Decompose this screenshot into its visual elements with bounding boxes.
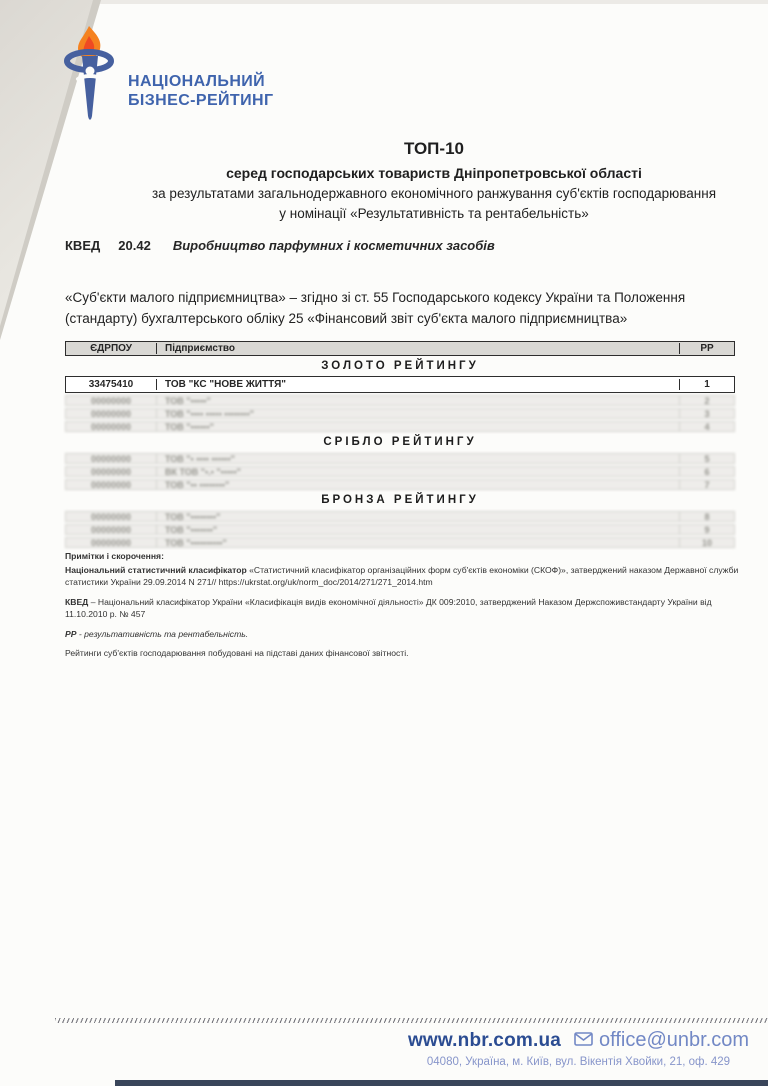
rr-cell: 10 [680, 538, 734, 548]
email-link[interactable]: office@unbr.com [574, 1029, 749, 1052]
company-cell: ТОВ "▪▪▪▪▪" [156, 396, 680, 406]
edrpou-cell: 33475410 [66, 379, 156, 390]
company-cell: ТОВ "▪▪▪▪▪▪▪▪▪▪" [156, 538, 680, 548]
table-row-gold-1: 33475410 ТОВ "КС "НОВЕ ЖИТТЯ" 1 [65, 376, 735, 393]
company-cell: ТОВ "▪ ▪▪▪▪ ▪▪▪▪▪▪" [156, 454, 680, 464]
table-row-redacted: 00000000 ТОВ "▪▪▪▪▪" 2 [65, 395, 735, 406]
header-company: Підприємство [156, 343, 680, 354]
torch-icon [58, 24, 120, 124]
edrpou-cell: 00000000 [66, 525, 156, 535]
scan-top-edge [0, 0, 768, 4]
rr-cell: 4 [680, 422, 734, 432]
table-header-row: ЄДРПОУ Підприємство РР [65, 341, 735, 356]
title-nomination: у номінації «Результативність та рентабе… [100, 206, 768, 221]
title-region: серед господарських товариств Дніпропетр… [100, 165, 768, 181]
logo-line2: БІЗНЕС-РЕЙТИНГ [128, 91, 273, 110]
kved-code: 20.42 [118, 238, 151, 253]
edrpou-cell: 00000000 [66, 422, 156, 432]
note-kved-lead: КВЕД [65, 597, 88, 607]
note-rr-text: - результативність та рентабельність. [76, 629, 248, 639]
footer-line1: www.nbr.com.ua office@unbr.com [395, 1029, 762, 1052]
rr-cell: 5 [680, 454, 734, 464]
company-cell: ТОВ "▪▪ ▪▪▪▪▪▪▪▪" [156, 480, 680, 490]
company-cell: ТОВ "КС "НОВЕ ЖИТТЯ" [156, 379, 680, 390]
kved-activity: Виробництво парфумних і косметичних засо… [173, 238, 495, 253]
scanned-document-page: НАЦІОНАЛЬНИЙ БІЗНЕС-РЕЙТИНГ ТОП-10 серед… [0, 0, 768, 1086]
section-heading-bronze: БРОНЗА РЕЙТИНГУ [65, 490, 735, 509]
table-row-redacted: 00000000 ТОВ "▪▪▪▪▪▪▪" 9 [65, 524, 735, 535]
logo-line1: НАЦІОНАЛЬНИЙ [128, 72, 273, 91]
table-row-redacted: 00000000 ТОВ "▪▪▪▪ ▪▪▪▪▪ ▪▪▪▪▪▪▪▪" 3 [65, 408, 735, 419]
company-cell: ТОВ "▪▪▪▪ ▪▪▪▪▪ ▪▪▪▪▪▪▪▪" [156, 409, 680, 419]
note-skof: Національний статистичний класифікатор «… [65, 564, 741, 589]
section-heading-silver: СРІБЛО РЕЙТИНГУ [65, 432, 735, 451]
website-link[interactable]: www.nbr.com.ua [408, 1030, 561, 1052]
table-row-redacted: 00000000 ТОВ "▪▪▪▪▪▪▪▪▪▪" 10 [65, 537, 735, 548]
footer-contacts: www.nbr.com.ua office@unbr.com 04080, Ук… [395, 1029, 762, 1068]
note-kved-text: – Національний класифікатор України «Кла… [65, 597, 712, 620]
scan-bottom-edge [115, 1080, 768, 1086]
title-ranking: за результатами загальнодержавного еконо… [100, 186, 768, 201]
header-rr: РР [680, 343, 734, 354]
table-row-redacted: 00000000 ТОВ "▪▪▪▪▪▪" 4 [65, 421, 735, 432]
header-edrpou: ЄДРПОУ [66, 343, 156, 354]
document-title-block: ТОП-10 серед господарських товариств Дні… [100, 139, 768, 226]
rr-cell: 7 [680, 480, 734, 490]
note-rr: РР - результативність та рентабельність. [65, 628, 741, 641]
rr-cell: 3 [680, 409, 734, 419]
edrpou-cell: 00000000 [66, 538, 156, 548]
nbr-logo: НАЦІОНАЛЬНИЙ БІЗНЕС-РЕЙТИНГ [58, 24, 273, 124]
table-row-redacted: 00000000 ТОВ "▪▪ ▪▪▪▪▪▪▪▪" 7 [65, 479, 735, 490]
company-cell: ТОВ "▪▪▪▪▪▪▪▪" [156, 512, 680, 522]
kved-label: КВЕД [65, 238, 100, 253]
kved-line: КВЕД20.42Виробництво парфумних і космети… [65, 238, 495, 253]
envelope-icon [574, 1029, 593, 1052]
note-kved: КВЕД – Національний класифікатор України… [65, 596, 741, 621]
company-cell: ТОВ "▪▪▪▪▪▪" [156, 422, 680, 432]
edrpou-cell: 00000000 [66, 396, 156, 406]
notes-heading: Примітки і скорочення: [65, 550, 741, 563]
footer-hatch-divider [55, 1018, 768, 1023]
edrpou-cell: 00000000 [66, 409, 156, 419]
edrpou-cell: 00000000 [66, 512, 156, 522]
intro-paragraph: «Суб'єкти малого підприємництва» – згідн… [65, 287, 741, 329]
edrpou-cell: 00000000 [66, 467, 156, 477]
table-row-redacted: 00000000 ТОВ "▪▪▪▪▪▪▪▪" 8 [65, 511, 735, 522]
table-row-redacted: 00000000 ТОВ "▪ ▪▪▪▪ ▪▪▪▪▪▪" 5 [65, 453, 735, 464]
note-skof-lead: Національний статистичний класифікатор [65, 565, 247, 575]
table-row-redacted: 00000000 ВК ТОВ "▪.▪ "▪▪▪▪▪" 6 [65, 466, 735, 477]
rating-table: ЄДРПОУ Підприємство РР ЗОЛОТО РЕЙТИНГУ 3… [65, 341, 735, 548]
rr-cell: 1 [680, 379, 734, 390]
logo-wordmark: НАЦІОНАЛЬНИЙ БІЗНЕС-РЕЙТИНГ [128, 72, 273, 110]
note-financial: Рейтинги суб'єктів господарювання побудо… [65, 647, 741, 660]
note-rr-lead: РР [65, 629, 76, 639]
rr-cell: 9 [680, 525, 734, 535]
footer-address: 04080, Україна, м. Київ, вул. Вікентія Х… [395, 1056, 762, 1068]
company-cell: ТОВ "▪▪▪▪▪▪▪" [156, 525, 680, 535]
edrpou-cell: 00000000 [66, 454, 156, 464]
rr-cell: 8 [680, 512, 734, 522]
company-cell: ВК ТОВ "▪.▪ "▪▪▪▪▪" [156, 467, 680, 477]
email-text: office@unbr.com [599, 1029, 749, 1052]
title-top10: ТОП-10 [100, 139, 768, 159]
edrpou-cell: 00000000 [66, 480, 156, 490]
rr-cell: 2 [680, 396, 734, 406]
rr-cell: 6 [680, 467, 734, 477]
notes-section: Примітки і скорочення: Національний стат… [65, 550, 741, 667]
section-heading-gold: ЗОЛОТО РЕЙТИНГУ [65, 356, 735, 375]
